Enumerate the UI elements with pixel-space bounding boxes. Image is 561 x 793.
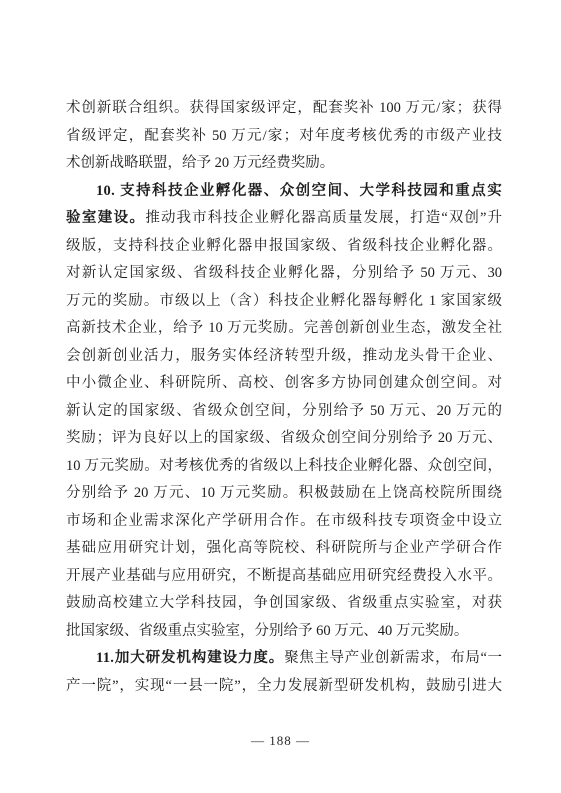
text-run: 万元的奖励。市级以上（含）科技企业孵化器每孵化 1 家国家级 xyxy=(66,293,502,309)
text-run: 级版，支持科技企业孵化器申报国家级、省级科技企业孵化器。 xyxy=(66,238,502,254)
text-run: 基础应用研究计划，强化高等院校、科研院所与企业产学研合作 xyxy=(66,540,502,556)
text-run: 产一院”，实现“一县一院”，全力发展新型研发机构，鼓励引进大 xyxy=(66,678,502,694)
text-block: 术创新联合组织。获得国家级评定，配套奖补 100 万元/家；获得省级评定，配套奖… xyxy=(66,95,502,700)
text-run: 开展产业基础与应用研究，不断提高基础应用研究经费投入水平。 xyxy=(66,568,502,584)
text-line: 10 万元奖励。对考核优秀的省级以上科技企业孵化器、众创空间， xyxy=(66,453,502,481)
text-line: 会创新创业活力，服务实体经济转型升级，推动龙头骨干企业、 xyxy=(66,343,502,371)
text-run: 术创新战略联盟，给予 20 万元经费奖励。 xyxy=(66,155,334,171)
text-run: 新认定的国家级、省级众创空间，分别给予 50 万元、20 万元的 xyxy=(66,403,502,419)
text-run: 市场和企业需求深化产学研用合作。在市级科技专项资金中设立 xyxy=(66,513,502,529)
text-line: 中小微企业、科研院所、高校、创客多方协同创建众创空间。对 xyxy=(66,370,502,398)
text-run: 分别给予 20 万元、10 万元奖励。积极鼓励在上饶高校院所围绕 xyxy=(66,485,502,501)
text-run: 对新认定国家级、省级科技企业孵化器，分别给予 50 万元、30 xyxy=(66,265,502,281)
text-run: 奖励；评为良好以上的国家级、省级众创空间分别给予 20 万元、 xyxy=(66,430,502,446)
text-line: 产一院”，实现“一县一院”，全力发展新型研发机构，鼓励引进大 xyxy=(66,673,502,701)
bold-text-run: 11.加大研发机构建设力度。 xyxy=(96,650,284,666)
text-line: 级版，支持科技企业孵化器申报国家级、省级科技企业孵化器。 xyxy=(66,233,502,261)
text-line: 术创新联合组织。获得国家级评定，配套奖补 100 万元/家；获得 xyxy=(66,95,502,123)
text-line: 术创新战略联盟，给予 20 万元经费奖励。 xyxy=(66,150,502,178)
bold-text-run: 10. 支持科技企业孵化器、众创空间、大学科技园和重点实 xyxy=(96,183,502,199)
text-line: 省级评定，配套奖补 50 万元/家；对年度考核优秀的市级产业技 xyxy=(66,123,502,151)
text-line: 11.加大研发机构建设力度。聚焦主导产业创新需求，布局“一 xyxy=(66,645,502,673)
text-run: 批国家级、省级重点实验室，分别给予 60 万元、40 万元奖励。 xyxy=(66,623,468,639)
text-line: 基础应用研究计划，强化高等院校、科研院所与企业产学研合作 xyxy=(66,535,502,563)
text-line: 奖励；评为良好以上的国家级、省级众创空间分别给予 20 万元、 xyxy=(66,425,502,453)
text-run: 高新技术企业，给予 10 万元奖励。完善创新创业生态，激发全社 xyxy=(66,320,502,336)
text-line: 分别给予 20 万元、10 万元奖励。积极鼓励在上饶高校院所围绕 xyxy=(66,480,502,508)
text-line: 高新技术企业，给予 10 万元奖励。完善创新创业生态，激发全社 xyxy=(66,315,502,343)
text-line: 10. 支持科技企业孵化器、众创空间、大学科技园和重点实 xyxy=(66,178,502,206)
text-run: 10 万元奖励。对考核优秀的省级以上科技企业孵化器、众创空间， xyxy=(66,458,502,474)
text-line: 市场和企业需求深化产学研用合作。在市级科技专项资金中设立 xyxy=(66,508,502,536)
text-line: 鼓励高校建立大学科技园，争创国家级、省级重点实验室，对获 xyxy=(66,590,502,618)
text-run: 会创新创业活力，服务实体经济转型升级，推动龙头骨干企业、 xyxy=(66,348,502,364)
text-line: 开展产业基础与应用研究，不断提高基础应用研究经费投入水平。 xyxy=(66,563,502,591)
text-line: 批国家级、省级重点实验室，分别给予 60 万元、40 万元奖励。 xyxy=(66,618,502,646)
text-line: 对新认定国家级、省级科技企业孵化器，分别给予 50 万元、30 xyxy=(66,260,502,288)
text-run: 中小微企业、科研院所、高校、创客多方协同创建众创空间。对 xyxy=(66,375,502,391)
text-line: 新认定的国家级、省级众创空间，分别给予 50 万元、20 万元的 xyxy=(66,398,502,426)
text-run: 鼓励高校建立大学科技园，争创国家级、省级重点实验室，对获 xyxy=(66,595,502,611)
document-page: 术创新联合组织。获得国家级评定，配套奖补 100 万元/家；获得省级评定，配套奖… xyxy=(0,0,561,793)
text-line: 验室建设。推动我市科技企业孵化器高质量发展，打造“双创”升 xyxy=(66,205,502,233)
bold-text-run: 验室建设。 xyxy=(66,210,145,226)
page-number: — 188 — xyxy=(0,731,561,751)
text-run: 术创新联合组织。获得国家级评定，配套奖补 100 万元/家；获得 xyxy=(66,100,502,116)
text-run: 省级评定，配套奖补 50 万元/家；对年度考核优秀的市级产业技 xyxy=(66,128,502,144)
text-run: 聚焦主导产业创新需求，布局“一 xyxy=(284,650,502,666)
text-line: 万元的奖励。市级以上（含）科技企业孵化器每孵化 1 家国家级 xyxy=(66,288,502,316)
text-run: 推动我市科技企业孵化器高质量发展，打造“双创”升 xyxy=(145,210,502,226)
